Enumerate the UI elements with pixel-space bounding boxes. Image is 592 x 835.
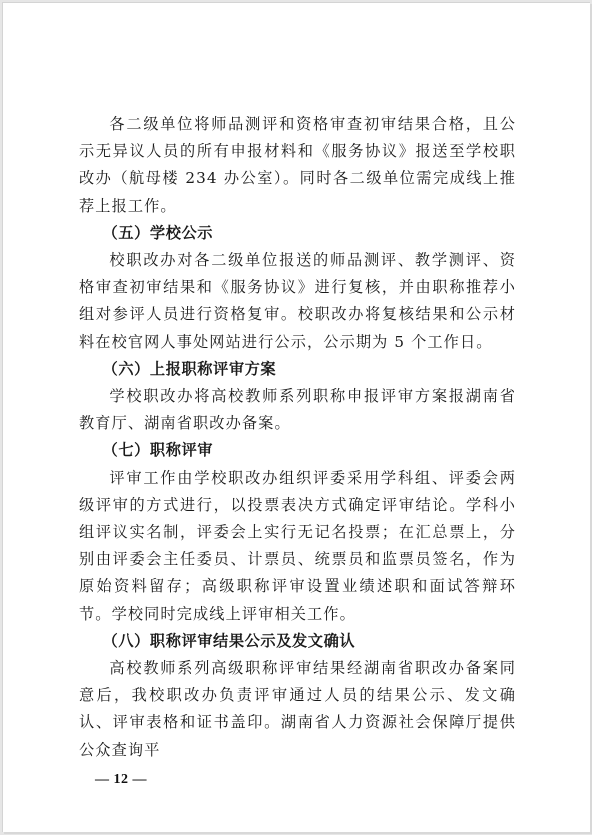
paragraph-report-plan: 学校职改办将高校教师系列职称申报评审方案报湖南省教育厅、湖南省职改办备案。 bbox=[79, 383, 516, 437]
paragraph-result-publicity: 高校教师系列高级职称评审结果经湖南省职改办备案同意后，我校职改办负责评审通过人员… bbox=[79, 655, 516, 764]
heading-report-plan: （六）上报职称评审方案 bbox=[79, 356, 516, 383]
paragraph-submission: 各二级单位将师品测评和资格审查初审结果合格，且公示无异议人员的所有申报材料和《服… bbox=[79, 111, 516, 220]
page-body: 各二级单位将师品测评和资格审查初审结果合格，且公示无异议人员的所有申报材料和《服… bbox=[79, 111, 516, 764]
document-page: 各二级单位将师品测评和资格审查初审结果合格，且公示无异议人员的所有申报材料和《服… bbox=[2, 2, 590, 832]
paragraph-school-publicity: 校职改办对各二级单位报送的师品测评、教学测评、资格审查初审结果和《服务协议》进行… bbox=[79, 247, 516, 356]
heading-school-publicity: （五）学校公示 bbox=[79, 220, 516, 247]
heading-result-publicity: （八）职称评审结果公示及发文确认 bbox=[79, 628, 516, 655]
heading-title-review: （七）职称评审 bbox=[79, 437, 516, 464]
page-number: — 12 — bbox=[95, 772, 147, 788]
paragraph-title-review: 评审工作由学校职改办组织评委采用学科组、评委会两级评审的方式进行，以投票表决方式… bbox=[79, 465, 516, 628]
